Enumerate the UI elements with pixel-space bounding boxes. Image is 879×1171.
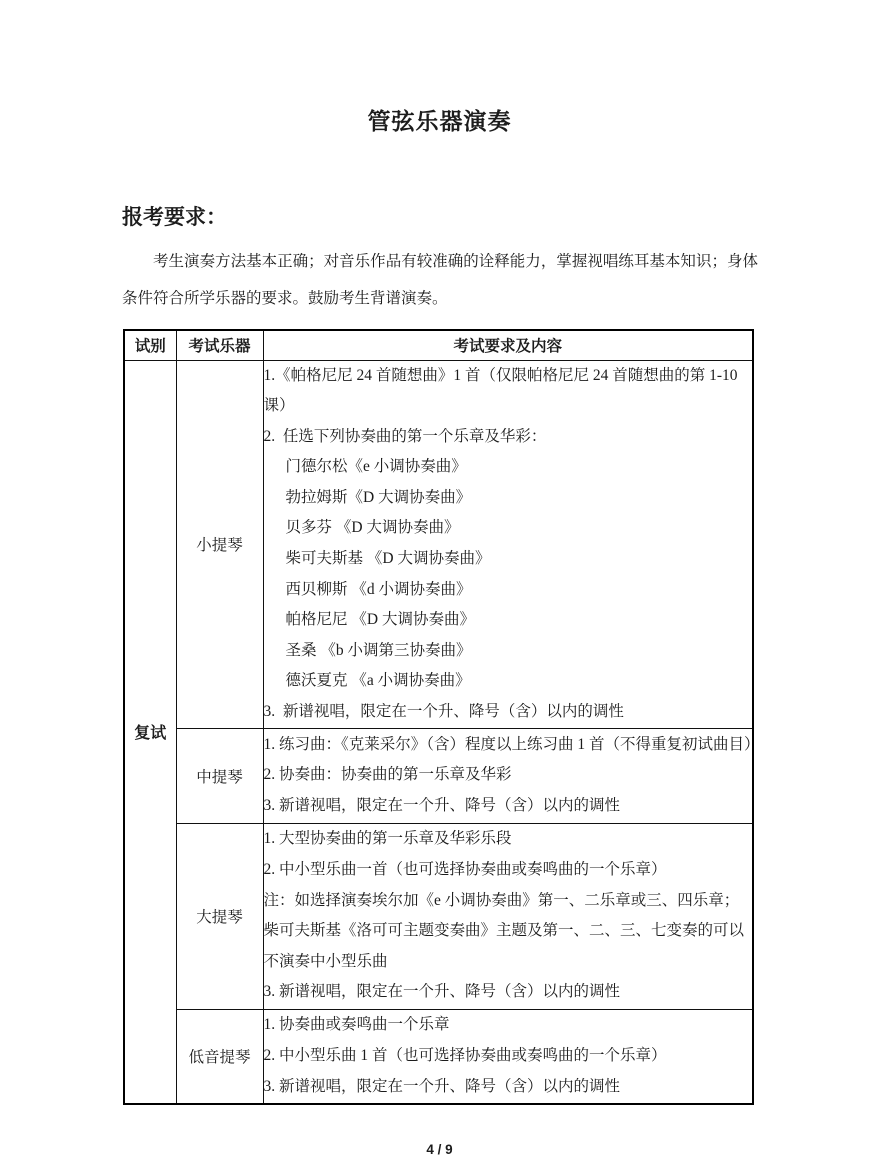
- header-round: 试别: [124, 330, 176, 360]
- content-line: 不演奏中小型乐曲: [264, 947, 753, 978]
- content-line: 注：如选择演奏埃尔加《e 小调协奏曲》第一、二乐章或三、四乐章；: [264, 886, 753, 917]
- content-line: 圣桑 《b 小调第三协奏曲》: [264, 636, 753, 667]
- table-row-double-bass: 低音提琴 1. 协奏曲或奏鸣曲一个乐章 2. 中小型乐曲 1 首（也可选择协奏曲…: [124, 1009, 753, 1104]
- header-requirements: 考试要求及内容: [263, 330, 753, 360]
- content-line: 2. 中小型乐曲 1 首（也可选择协奏曲或奏鸣曲的一个乐章）: [264, 1041, 753, 1072]
- content-line: 3. 新谱视唱，限定在一个升、降号（含）以内的调性: [264, 791, 753, 822]
- page-title: 管弦乐器演奏: [0, 0, 879, 135]
- instrument-cell-double-bass: 低音提琴: [176, 1009, 263, 1104]
- content-line: 德沃夏克 《a 小调协奏曲》: [264, 666, 753, 697]
- instrument-cell-violin: 小提琴: [176, 360, 263, 728]
- exam-requirements-table: 试别 考试乐器 考试要求及内容 复试 小提琴 1.《帕格尼尼 24 首随想曲》1…: [123, 329, 754, 1105]
- table-header-row: 试别 考试乐器 考试要求及内容: [124, 330, 753, 360]
- instrument-cell-cello: 大提琴: [176, 823, 263, 1009]
- content-line: 贝多芬 《D 大调协奏曲》: [264, 513, 753, 544]
- table-row-cello: 大提琴 1. 大型协奏曲的第一乐章及华彩乐段 2. 中小型乐曲一首（也可选择协奏…: [124, 823, 753, 1009]
- section-heading: 报考要求：: [122, 205, 879, 231]
- content-line: 1. 练习曲：《克莱采尔》（含）程度以上练习曲 1 首（不得重复初试曲目）: [264, 730, 753, 761]
- requirements-cell-violin: 1.《帕格尼尼 24 首随想曲》1 首（仅限帕格尼尼 24 首随想曲的第 1-1…: [263, 360, 753, 728]
- content-line: 3. 新谱视唱，限定在一个升、降号（含）以内的调性: [264, 977, 753, 1008]
- content-line: 1. 协奏曲或奏鸣曲一个乐章: [264, 1010, 753, 1041]
- content-line: 1. 大型协奏曲的第一乐章及华彩乐段: [264, 824, 753, 855]
- content-line: 门德尔松《e 小调协奏曲》: [264, 452, 753, 483]
- content-line: 2. 任选下列协奏曲的第一个乐章及华彩：: [264, 422, 753, 453]
- content-line: 1.《帕格尼尼 24 首随想曲》1 首（仅限帕格尼尼 24 首随想曲的第 1-1…: [264, 361, 753, 392]
- content-line: 西贝柳斯 《d 小调协奏曲》: [264, 575, 753, 606]
- instrument-cell-viola: 中提琴: [176, 728, 263, 823]
- round-cell: 复试: [124, 360, 176, 1104]
- page-number: 4 / 9: [0, 1142, 879, 1157]
- content-line: 柴可夫斯基《洛可可主题变奏曲》主题及第一、二、三、七变奏的可以: [264, 916, 753, 947]
- requirements-cell-double-bass: 1. 协奏曲或奏鸣曲一个乐章 2. 中小型乐曲 1 首（也可选择协奏曲或奏鸣曲的…: [263, 1009, 753, 1104]
- document-page: 管弦乐器演奏 报考要求： 考生演奏方法基本正确；对音乐作品有较准确的诠释能力，掌…: [0, 0, 879, 1171]
- table-row-viola: 中提琴 1. 练习曲：《克莱采尔》（含）程度以上练习曲 1 首（不得重复初试曲目…: [124, 728, 753, 823]
- content-line: 3. 新谱视唱，限定在一个升、降号（含）以内的调性: [264, 1072, 753, 1103]
- header-instrument: 考试乐器: [176, 330, 263, 360]
- requirements-cell-viola: 1. 练习曲：《克莱采尔》（含）程度以上练习曲 1 首（不得重复初试曲目） 2.…: [263, 728, 753, 823]
- intro-paragraph: 考生演奏方法基本正确；对音乐作品有较准确的诠释能力，掌握视唱练耳基本知识；身体条…: [122, 243, 758, 317]
- content-line: 勃拉姆斯《D 大调协奏曲》: [264, 483, 753, 514]
- requirements-cell-cello: 1. 大型协奏曲的第一乐章及华彩乐段 2. 中小型乐曲一首（也可选择协奏曲或奏鸣…: [263, 823, 753, 1009]
- content-line: 2. 中小型乐曲一首（也可选择协奏曲或奏鸣曲的一个乐章）: [264, 855, 753, 886]
- table-row-violin: 复试 小提琴 1.《帕格尼尼 24 首随想曲》1 首（仅限帕格尼尼 24 首随想…: [124, 360, 753, 728]
- content-line: 3. 新谱视唱，限定在一个升、降号（含）以内的调性: [264, 697, 753, 728]
- content-line: 帕格尼尼 《D 大调协奏曲》: [264, 605, 753, 636]
- content-line: 2. 协奏曲：协奏曲的第一乐章及华彩: [264, 760, 753, 791]
- content-line: 柴可夫斯基 《D 大调协奏曲》: [264, 544, 753, 575]
- content-line: 课）: [264, 391, 753, 422]
